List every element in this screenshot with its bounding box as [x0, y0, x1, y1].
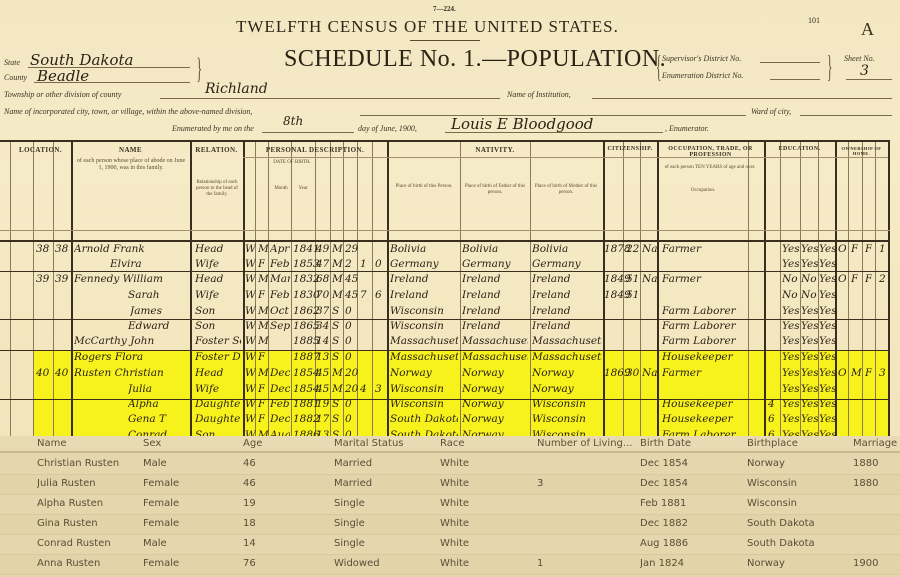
cell-sex: Female	[143, 498, 213, 509]
cell-name: Gina Rusten	[37, 518, 137, 529]
cell-name: Julia Rusten	[37, 478, 137, 489]
township-line	[160, 98, 500, 99]
cell-name: Anna Rusten	[37, 558, 137, 569]
cell-sex: Female	[143, 518, 213, 529]
enumeration-line	[770, 79, 820, 80]
table-row[interactable]: Julia Rusten Female 46 Married White 3 D…	[0, 475, 900, 495]
schedule-title: SCHEDULE No. 1.—POPULATION.	[284, 46, 666, 73]
cell-age: 46	[243, 478, 303, 489]
census-row-highlighted: Gena TDaughter WF Dec1882 17S0 South Dak…	[0, 412, 890, 428]
cell-age: 46	[243, 458, 303, 469]
cell-marriage: 1880	[853, 478, 900, 489]
section-education: EDUCATION.	[764, 146, 835, 152]
institution-line	[592, 98, 892, 99]
cell-birth-date: Dec 1854	[640, 478, 740, 489]
section-citizenship: CITIZENSHIP.	[603, 146, 657, 152]
sheet-line	[846, 79, 892, 80]
column-header-birth-date[interactable]: Birth Date	[640, 438, 740, 449]
section-personal-description: PERSONAL DESCRIPTION.	[243, 146, 387, 154]
cell-race: White	[440, 498, 530, 509]
section-relation: RELATION.	[190, 146, 243, 154]
cell-marital-status: Single	[334, 498, 434, 509]
section-nativity: NATIVITY.	[387, 146, 603, 154]
census-document-image: 7—224. TWELFTH CENSUS OF THE UNITED STAT…	[0, 0, 900, 436]
state-label: State	[4, 58, 20, 67]
census-row-highlighted: AlphaDaughter WF Feb1881 19S0 WisconsinN…	[0, 397, 890, 413]
cell-race: White	[440, 538, 530, 549]
cell-age: 14	[243, 538, 303, 549]
cell-birth-date: Dec 1854	[640, 458, 740, 469]
occupation-label: Occupation.	[660, 188, 746, 194]
form-number: 7—224.	[433, 5, 456, 13]
enumerator-label: , Enumerator.	[665, 124, 709, 133]
cell-birthplace: Norway	[747, 558, 847, 569]
cell-marital-status: Married	[334, 458, 434, 469]
cell-birthplace: Wisconsin	[747, 498, 847, 509]
census-row: 3838 Arnold FrankHead WM Apr1841 49M29 B…	[0, 242, 890, 258]
census-row: ElviraWife WF Feb1853 47M2 10 GermanyGer…	[0, 257, 890, 273]
city-label: Name of incorporated city, town, or vill…	[4, 107, 252, 116]
column-header-name[interactable]: Name	[37, 438, 137, 449]
census-row: 3939 Fennedy WilliamHead WM Mar1832 68M4…	[0, 272, 890, 288]
table-row[interactable]: Conrad Rusten Male 14 Single White Aug 1…	[0, 535, 900, 555]
date-of-birth-label: DATE OF BIRTH.	[270, 160, 314, 166]
census-title: TWELFTH CENSUS OF THE UNITED STATES.	[236, 17, 619, 37]
cell-birthplace: Norway	[747, 458, 847, 469]
enumerated-date-label: day of June, 1900,	[358, 124, 417, 133]
brace: }	[827, 48, 832, 85]
name-description: of each person whose place of abode on J…	[76, 158, 186, 172]
cell-marital-status: Widowed	[334, 558, 434, 569]
day-line	[262, 132, 354, 133]
birthplace-father-label: Place of birth of Father of this person.	[462, 184, 528, 196]
cell-name: Alpha Rusten	[37, 498, 137, 509]
title-rule	[410, 40, 480, 41]
table-body: Christian Rusten Male 46 Married White D…	[0, 455, 900, 577]
cell-birth-date: Feb 1881	[640, 498, 740, 509]
cell-marital-status: Married	[334, 478, 434, 489]
township-value: Richland	[205, 81, 268, 97]
cell-birthplace: South Dakota	[747, 538, 847, 549]
relation-description: Relationship of each person to the head …	[193, 180, 241, 198]
brace: {	[656, 48, 661, 85]
birthplace-person-label: Place of birth of this Person.	[390, 184, 458, 190]
cell-name: Conrad Rusten	[37, 538, 137, 549]
table-header-row: Name Sex Age Marital Status Race Number …	[0, 436, 900, 453]
supervisor-line	[760, 62, 820, 63]
ward-line	[800, 115, 892, 116]
cell-age: 18	[243, 518, 303, 529]
census-grid: LOCATION. NAME of each person whose plac…	[0, 140, 890, 436]
cell-sex: Female	[143, 558, 213, 569]
census-row-highlighted: JuliaWife WF Dec1854 45M20 43 WisconsinN…	[0, 382, 890, 398]
table-row[interactable]: Gina Rusten Female 18 Single White Dec 1…	[0, 515, 900, 535]
section-location: LOCATION.	[10, 146, 71, 154]
cell-name: Christian Rusten	[37, 458, 137, 469]
institution-label: Name of Institution,	[507, 90, 571, 99]
table-row[interactable]: Alpha Rusten Female 19 Single White Feb …	[0, 495, 900, 515]
section-name: NAME	[71, 146, 190, 154]
cell-number-of-living: 1	[537, 558, 637, 569]
sheet-number-label: Sheet No.	[844, 54, 875, 63]
enumerator-name: Louis E Bloodgood	[451, 115, 593, 133]
cell-race: White	[440, 458, 530, 469]
cell-age: 76	[243, 558, 303, 569]
ward-label: Ward of city,	[751, 107, 791, 116]
enumerated-day: 8th	[283, 114, 303, 128]
brace: }	[196, 52, 202, 86]
table-row[interactable]: Anna Rusten Female 76 Widowed White 1 Ja…	[0, 555, 900, 575]
column-header-age[interactable]: Age	[243, 438, 303, 449]
enumerator-line	[445, 132, 663, 133]
transcription-table: Name Sex Age Marital Status Race Number …	[0, 436, 900, 577]
sheet-number-value: 3	[860, 63, 869, 79]
birthplace-mother-label: Place of birth of Mother of this person.	[532, 184, 600, 196]
enumeration-district-label: Enumeration District No.	[662, 71, 744, 80]
cell-number-of-living: 3	[537, 478, 637, 489]
year-label: Year	[292, 186, 314, 192]
month-label: Month	[270, 186, 292, 192]
cell-birth-date: Jan 1824	[640, 558, 740, 569]
cell-marriage: 1900	[853, 558, 900, 569]
column-header-birthplace[interactable]: Birthplace	[747, 438, 847, 449]
census-row: JamesSon WM Oct1862 37S0 WisconsinIrelan…	[0, 304, 890, 320]
cell-marriage: 1880	[853, 458, 900, 469]
cell-birth-date: Dec 1882	[640, 518, 740, 529]
column-header-race[interactable]: Race	[440, 438, 530, 449]
cell-birthplace: South Dakota	[747, 518, 847, 529]
column-header-number-of-living[interactable]: Number of Living...	[537, 438, 637, 449]
cell-birth-date: Aug 1886	[640, 538, 740, 549]
township-label: Township or other division of county	[4, 90, 121, 99]
cell-sex: Male	[143, 538, 213, 549]
cell-race: White	[440, 558, 530, 569]
table-row[interactable]: Christian Rusten Male 46 Married White D…	[0, 455, 900, 475]
column-header-sex[interactable]: Sex	[143, 438, 213, 449]
census-row: SarahWife WF Feb1830 70M45 76 IrelandIre…	[0, 288, 890, 304]
census-row-highlighted: ConradSon WM Aug1886 13S0 South DakotaNo…	[0, 428, 890, 436]
census-row-highlighted: 4040 Rusten ChristianHead WM Dec1854 45M…	[0, 366, 890, 382]
column-header-marital-status[interactable]: Marital Status	[334, 438, 434, 449]
county-label: County	[4, 73, 27, 82]
cell-race: White	[440, 478, 530, 489]
section-ownership: OWNERSHIP OF HOME.	[835, 146, 888, 156]
column-header-marriage[interactable]: Marriage	[853, 438, 900, 449]
cell-race: White	[440, 518, 530, 529]
cell-marital-status: Single	[334, 538, 434, 549]
census-row: Rogers FloraFoster Dau WF 1887 13S0 Mass…	[0, 350, 890, 366]
cell-sex: Female	[143, 478, 213, 489]
cell-marital-status: Single	[334, 518, 434, 529]
occupation-description: of each person TEN YEARS of age and over…	[660, 165, 760, 171]
sheet-letter: A	[861, 19, 874, 40]
cell-sex: Male	[143, 458, 213, 469]
cell-birthplace: Wisconsin	[747, 478, 847, 489]
page-number: 101	[808, 16, 820, 25]
enumerated-label: Enumerated by me on the	[172, 124, 254, 133]
supervisor-district-label: Supervisor's District No.	[662, 54, 741, 63]
census-row: McCarthy JohnFoster Son WM 1885 14S0 Mas…	[0, 334, 890, 350]
cell-age: 19	[243, 498, 303, 509]
census-row: EdwardSon WM Sept1865 34S0 WisconsinIrel…	[0, 319, 890, 335]
county-line	[34, 82, 190, 83]
